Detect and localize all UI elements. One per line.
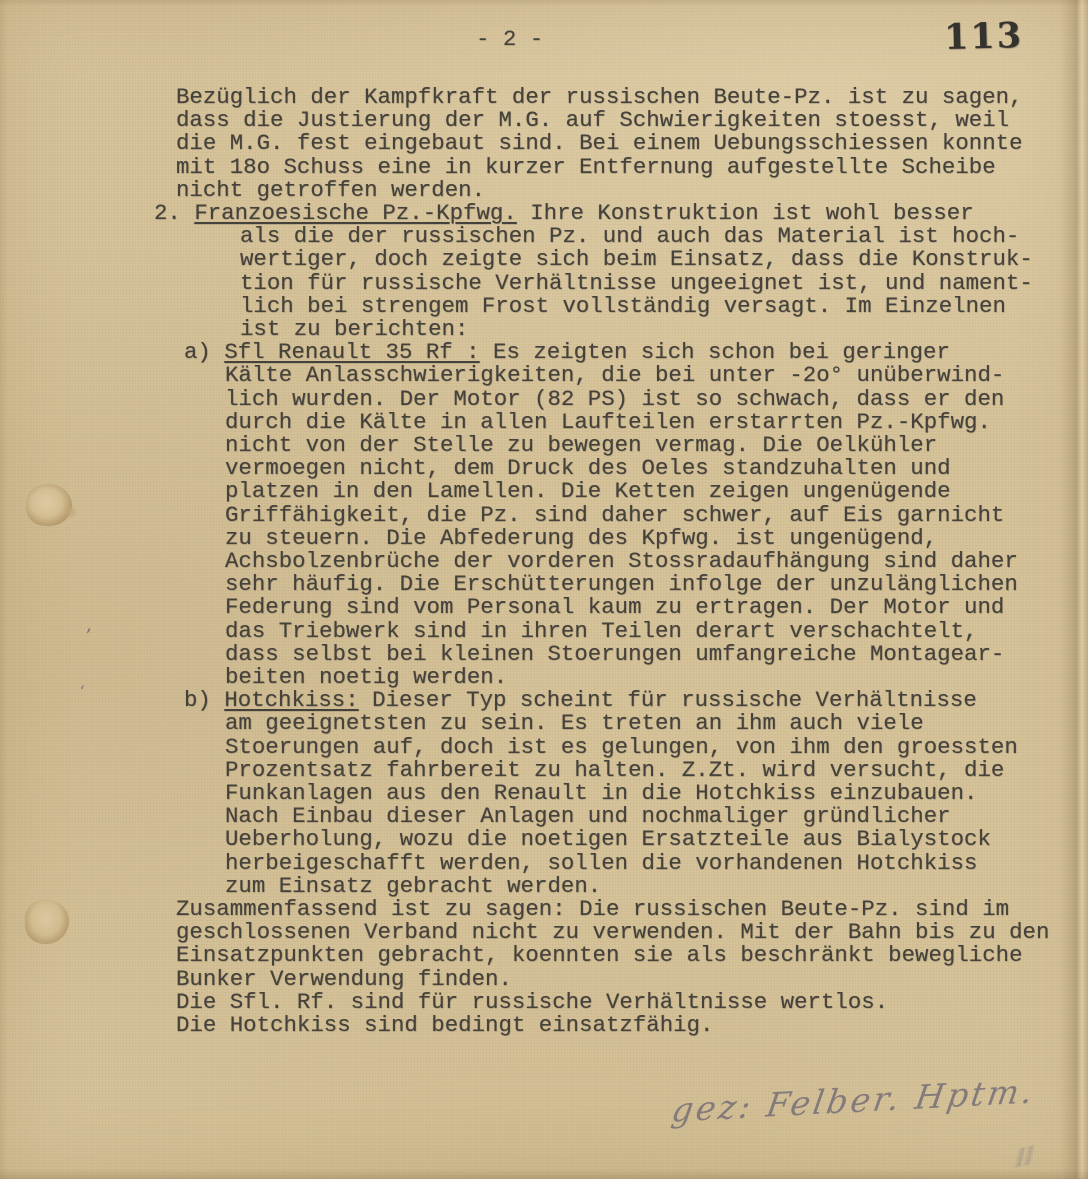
text-line: beiten noetig werden. [225,666,507,689]
text-line: dass die Justierung der M.G. auf Schwier… [176,109,1009,132]
text-line: Bezüglich der Kampfkraft der russischen … [176,86,1023,109]
paper-edge-left [0,0,8,1179]
text-segment: 2. [154,200,194,226]
text-line: nicht getroffen werden. [176,179,485,202]
text-segment: Dieser Typ scheint für russische Verhält… [359,687,977,713]
text-segment: tion für russische Verhältnisse ungeeign… [240,270,1033,296]
text-line: 2. Franzoesische Pz.-Kpfwg. Ihre Konstru… [154,202,974,225]
stray-pencil-mark: ʼ [82,624,92,649]
stray-pencil-mark: ʻ [79,682,85,701]
text-line: Prozentsatz fahrbereit zu halten. Z.Zt. … [225,759,1004,782]
text-line: herbeigeschafft werden, sollen die vorha… [225,852,977,875]
text-segment: Zusammenfassend ist zu sagen: Die russis… [176,896,1009,922]
paper-edge-bottom [0,1169,1088,1179]
text-segment: Stoerungen auf, doch ist es gelungen, vo… [225,734,1018,760]
text-line: lich bei strengem Frost vollständig vers… [240,295,1006,318]
pencil-smudge [1004,1145,1041,1170]
text-line: als die der russischen Pz. und auch das … [240,225,1019,248]
text-segment: zum Einsatz gebracht werden. [225,873,601,899]
text-segment: durch die Kälte in allen Laufteilen erst… [225,409,991,435]
text-line: Die Hotchkiss sind bedingt einsatzfähig. [176,1014,713,1037]
text-segment: mit 18o Schuss eine in kurzer Entfernung… [176,154,996,180]
text-line: Federung sind vom Personal kaum zu ertra… [225,596,1004,619]
text-line: Zusammenfassend ist zu sagen: Die russis… [176,898,1009,921]
text-segment: Funkanlagen aus den Renault in die Hotch… [225,780,977,806]
text-line: zum Einsatz gebracht werden. [225,875,601,898]
text-segment: Griffähigkeit, die Pz. sind daher schwer… [225,502,1004,528]
text-segment: Die Sfl. Rf. sind für russische Verhältn… [176,989,888,1015]
text-segment: b) [184,687,224,713]
text-segment: Die Hotchkiss sind bedingt einsatzfähig. [176,1012,713,1038]
grease-stain-upper [26,484,72,526]
text-segment: Federung sind vom Personal kaum zu ertra… [225,594,1004,620]
text-segment: lich bei strengem Frost vollständig vers… [240,293,1006,319]
text-line: Kälte Anlasschwierigkeiten, die bei unte… [225,364,1004,387]
text-line: mit 18o Schuss eine in kurzer Entfernung… [176,156,996,179]
text-line: am geeignetsten zu sein. Es treten an ih… [225,712,924,735]
text-segment: geschlossenen Verband nicht zu verwenden… [176,919,1049,945]
pagination-stamp: 113 [943,15,1023,58]
grease-stain-lower [25,900,69,944]
text-segment: zu steuern. Die Abfederung des Kpfwg. is… [225,525,937,551]
text-segment: lich wurden. Der Motor (82 PS) ist so sc… [225,386,1004,412]
text-segment: Ueberholung, wozu die noetigen Ersatztei… [225,826,991,852]
text-segment: Es zeigten sich schon bei geringer [480,339,950,365]
text-line: Funkanlagen aus den Renault in die Hotch… [225,782,977,805]
underlined-text-segment: Franzoesische Pz.-Kpfwg. [194,200,516,226]
text-line: Ueberholung, wozu die noetigen Ersatztei… [225,828,991,851]
text-segment: Achsbolzenbrüche der vorderen Stossradau… [225,548,1018,574]
text-line: zu steuern. Die Abfederung des Kpfwg. is… [225,527,937,550]
text-line: lich wurden. Der Motor (82 PS) ist so sc… [225,388,1004,411]
text-segment: wertiger, doch zeigte sich beim Einsatz,… [240,246,1033,272]
text-line: Die Sfl. Rf. sind für russische Verhältn… [176,991,888,1014]
text-line: platzen in den Lamellen. Die Ketten zeig… [225,480,951,503]
text-line: Einsatzpunkten gebracht, koennten sie al… [176,944,1023,967]
text-segment: das Triebwerk sind in ihren Teilen derar… [225,618,977,644]
text-line: nicht von der Stelle zu bewegen vermag. … [225,434,937,457]
text-segment: platzen in den Lamellen. Die Ketten zeig… [225,478,951,504]
text-segment: Prozentsatz fahrbereit zu halten. Z.Zt. … [225,757,1004,783]
text-line: die M.G. fest eingebaut sind. Bei einem … [176,132,1023,155]
text-line: wertiger, doch zeigte sich beim Einsatz,… [240,248,1033,271]
text-line: a) Sfl Renault 35 Rf : Es zeigten sich s… [184,341,950,364]
text-line: ist zu berichten: [240,318,468,341]
text-segment: ist zu berichten: [240,316,468,342]
text-line: das Triebwerk sind in ihren Teilen derar… [225,620,977,643]
paper-edge-right [1060,0,1088,1179]
scanned-document-page: - 2 - 113 Bezüglich der Kampfkraft der r… [0,0,1088,1179]
paper-edge-top [0,0,1088,6]
text-line: vermoegen nicht, dem Druck des Oeles sta… [225,457,951,480]
text-segment: Bunker Verwendung finden. [176,966,512,992]
text-segment: die M.G. fest eingebaut sind. Bei einem … [176,130,1023,156]
signature-handwriting: gez: Felber. Hptm. [669,1069,1075,1129]
text-line: dass selbst bei kleinen Stoerungen umfan… [225,643,1004,666]
text-segment: als die der russischen Pz. und auch das … [240,223,1019,249]
text-line: Stoerungen auf, doch ist es gelungen, vo… [225,736,1018,759]
text-line: Bunker Verwendung finden. [176,968,512,991]
text-segment: herbeigeschafft werden, sollen die vorha… [225,850,977,876]
page-number: - 2 - [476,26,543,52]
text-segment: beiten noetig werden. [225,664,507,690]
text-segment: vermoegen nicht, dem Druck des Oeles sta… [225,455,951,481]
text-line: tion für russische Verhältnisse ungeeign… [240,272,1033,295]
text-line: Nach Einbau dieser Anlagen und nochmalig… [225,805,951,828]
text-segment: am geeignetsten zu sein. Es treten an ih… [225,710,924,736]
text-segment: nicht getroffen werden. [176,177,485,203]
text-segment: Einsatzpunkten gebracht, koennten sie al… [176,942,1023,968]
text-segment: nicht von der Stelle zu bewegen vermag. … [225,432,937,458]
text-line: Griffähigkeit, die Pz. sind daher schwer… [225,504,1004,527]
text-segment: dass die Justierung der M.G. auf Schwier… [176,107,1009,133]
text-segment: dass selbst bei kleinen Stoerungen umfan… [225,641,1004,667]
text-line: Achsbolzenbrüche der vorderen Stossradau… [225,550,1018,573]
underlined-text-segment: Sfl Renault 35 Rf : [224,339,479,365]
text-line: geschlossenen Verband nicht zu verwenden… [176,921,1049,944]
text-segment: sehr häufig. Die Erschütterungen infolge… [225,571,1018,597]
underlined-text-segment: Hotchkiss: [224,687,358,713]
text-segment: Nach Einbau dieser Anlagen und nochmalig… [225,803,951,829]
text-segment: Bezüglich der Kampfkraft der russischen … [176,84,1023,110]
text-segment: a) [184,339,224,365]
text-line: b) Hotchkiss: Dieser Typ scheint für rus… [184,689,977,712]
text-line: sehr häufig. Die Erschütterungen infolge… [225,573,1018,596]
text-segment: Kälte Anlasschwierigkeiten, die bei unte… [225,362,1004,388]
text-line: durch die Kälte in allen Laufteilen erst… [225,411,991,434]
text-segment: Ihre Konstruktion ist wohl besser [517,200,974,226]
